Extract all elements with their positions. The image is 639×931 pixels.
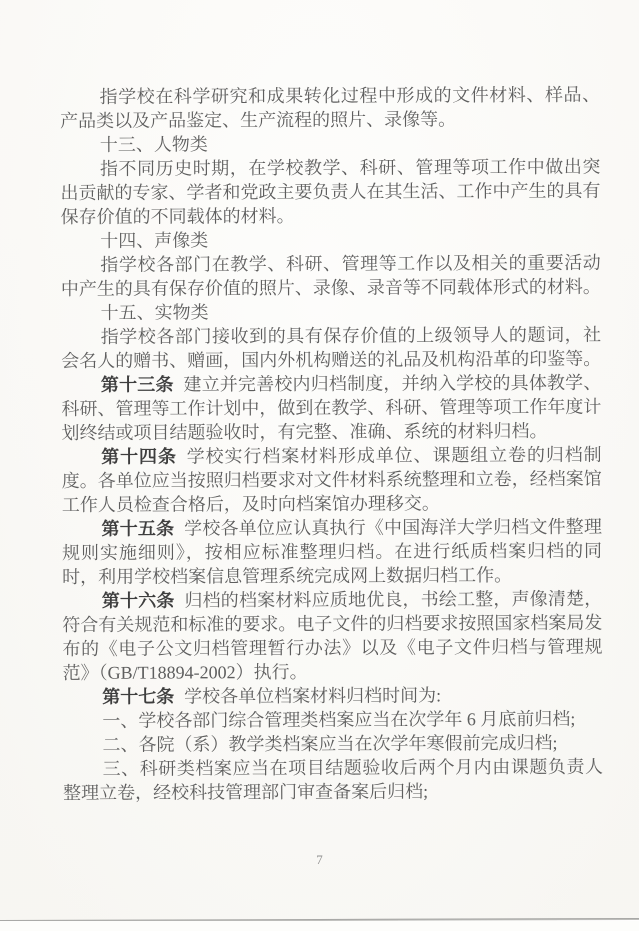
paragraph-text: 指学校各部门接收到的具有保存价值的上级领导人的题词，社会名人的赠书、赠画，国内外… <box>61 325 601 371</box>
paragraph: 十四、声像类 <box>61 227 601 253</box>
paragraph: 指学校各部门在教学、科研、管理等工作以及相关的重要活动中产生的具有保存价值的照片… <box>61 251 601 301</box>
paragraph: 十五、实物类 <box>61 299 601 325</box>
paragraph: 第十七条学校各单位档案材料归档时间为: <box>63 683 603 709</box>
paragraph: 一、学校各部门综合管理类档案应当在次学年 6 月底前归档; <box>63 707 603 733</box>
paragraph: 二、各院（系）教学类档案应当在次学年寒假前完成归档; <box>63 731 603 757</box>
paragraph: 指学校各部门接收到的具有保存价值的上级领导人的题词，社会名人的赠书、赠画，国内外… <box>61 323 601 373</box>
paragraph-text: 一、学校各部门综合管理类档案应当在次学年 6 月底前归档; <box>102 709 575 731</box>
page-number: 7 <box>0 852 639 868</box>
paragraph: 第十六条归档的档案材料应质地优良，书绘工整，声像清楚，符合有关规范和标准的要求。… <box>62 587 602 685</box>
paragraph-text: 指学校各部门在教学、科研、管理等工作以及相关的重要活动中产生的具有保存价值的照片… <box>61 253 601 299</box>
paragraph-text: 十五、实物类 <box>101 302 209 322</box>
article-number-label: 第十三条 <box>101 375 174 395</box>
paragraph: 三、科研类档案应当在项目结题验收后两个月内由课题负责人整理立卷，经校科技管理部门… <box>63 755 603 805</box>
scan-background-strip <box>0 921 639 931</box>
paragraph-text: 三、科研类档案应当在项目结题验收后两个月内由课题负责人整理立卷，经校科技管理部门… <box>63 757 603 803</box>
paragraph: 第十四条学校实行档案材料形成单位、课题组立卷的归档制度。各单位应当按照归档要求对… <box>62 443 602 517</box>
article-number-label: 第十七条 <box>102 687 174 707</box>
paragraph: 第十五条学校各单位应认真执行《中国海洋大学归档文件整理规则实施细则》，按相应标准… <box>62 515 602 589</box>
paragraph-text: 学校各单位档案材料归档时间为: <box>184 685 441 706</box>
document-body: 指学校在科学研究和成果转化过程中形成的文件材料、样品、产品类以及产品鉴定、生产流… <box>60 83 603 805</box>
article-number-label: 第十四条 <box>101 446 177 466</box>
paragraph-text: 十三、人物类 <box>100 134 208 154</box>
paragraph: 十三、人物类 <box>60 131 600 157</box>
article-number-label: 第十六条 <box>102 591 175 611</box>
paragraph-text: 十四、声像类 <box>100 230 208 250</box>
paragraph-text: 指学校在科学研究和成果转化过程中形成的文件材料、样品、产品类以及产品鉴定、生产流… <box>60 85 600 131</box>
paragraph-text: 指不同历史时期，在学校教学、科研、管理等项工作中做出突出贡献的专家、学者和党政主… <box>60 157 600 227</box>
paragraph-text: 二、各院（系）教学类档案应当在次学年寒假前完成归档; <box>102 733 557 755</box>
scanned-page: 指学校在科学研究和成果转化过程中形成的文件材料、样品、产品类以及产品鉴定、生产流… <box>0 0 639 931</box>
paragraph: 指学校在科学研究和成果转化过程中形成的文件材料、样品、产品类以及产品鉴定、生产流… <box>60 83 600 133</box>
article-number-label: 第十五条 <box>101 519 174 539</box>
paragraph: 第十三条建立并完善校内归档制度，并纳入学校的具体教学、科研、管理等工作计划中，做… <box>61 371 601 445</box>
paragraph: 指不同历史时期，在学校教学、科研、管理等项工作中做出突出贡献的专家、学者和党政主… <box>60 155 600 229</box>
